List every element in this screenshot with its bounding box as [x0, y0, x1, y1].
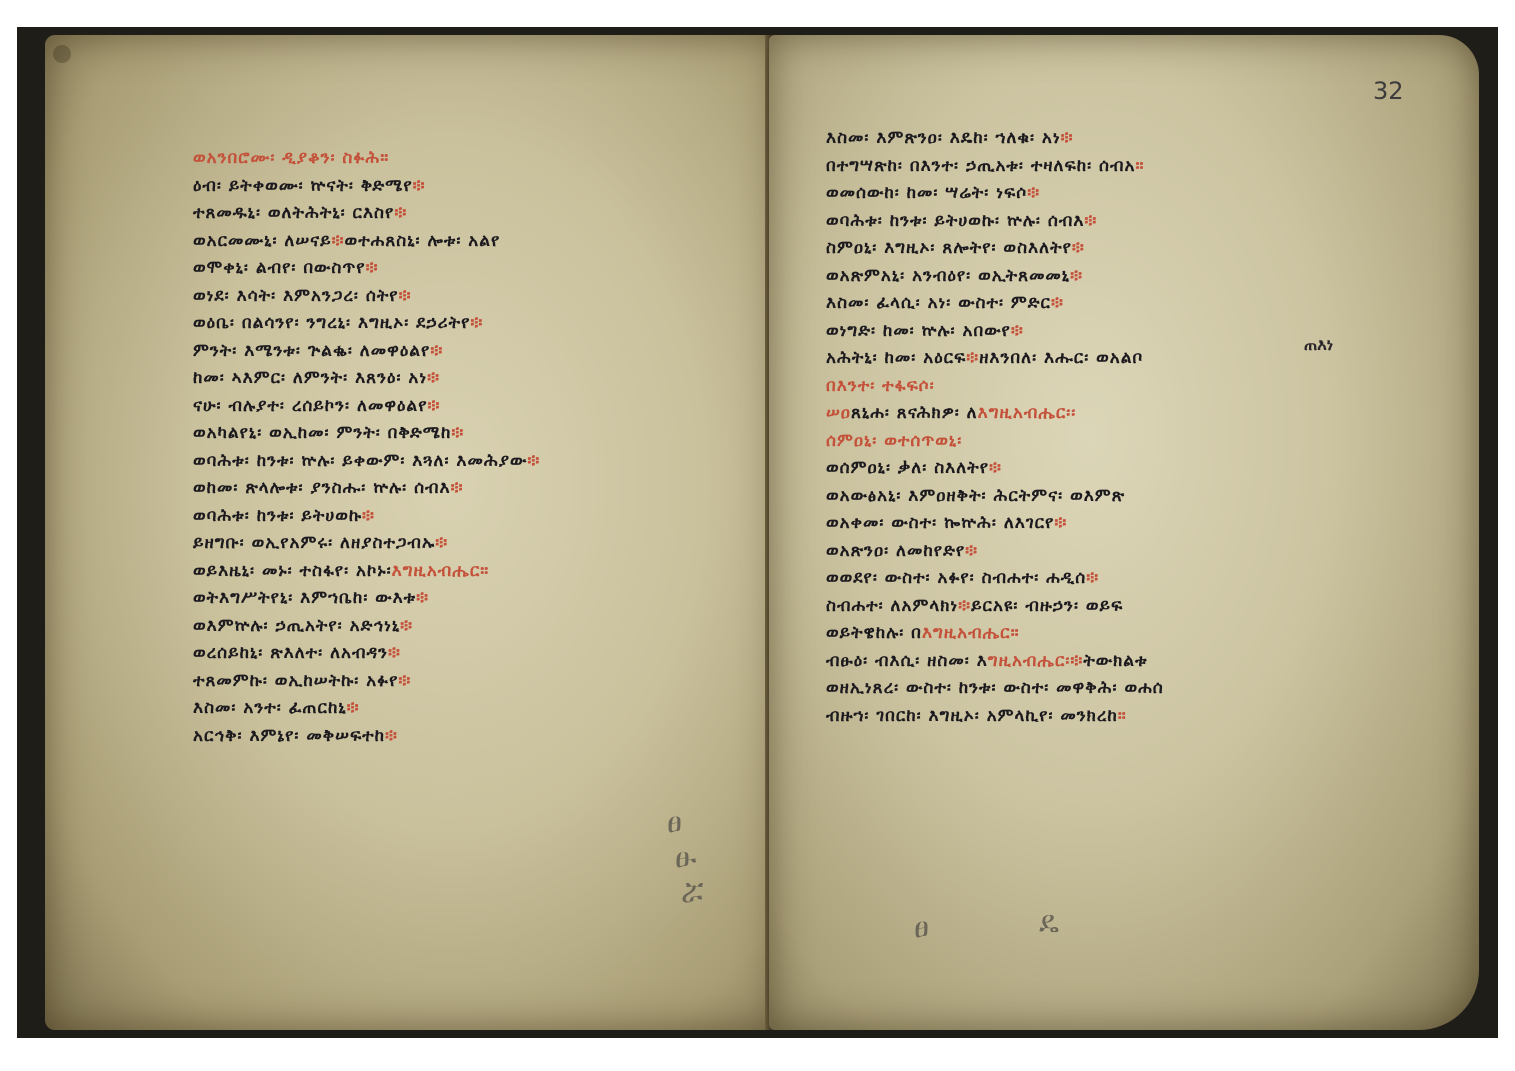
text-line: ይዘግቡ፡ ወኢየአምሩ፡ ለዘያስተጋብኡ፨ — [193, 530, 540, 558]
text-line: ወነደ፡ እሳት፡ እምአንጋረ፡ ሰትየ፨ — [193, 283, 540, 311]
punctuation-mark: ፨ — [470, 313, 483, 333]
line-text: ወረሰይከኒ፡ ጽእለተ፡ ለአብዳን — [193, 643, 388, 663]
line-text: እስመ፡ አንተ፡ ፈጠርከኒ — [193, 698, 347, 718]
punctuation-mark: ፨ — [527, 451, 540, 471]
rubric-text: ሠዐ — [826, 403, 851, 423]
rubric-text: እግዚአብሔር። — [922, 623, 1020, 643]
line-text: እስመ፡ እምጽንዐ፡ እዴከ፡ ኀለቁ፡ አነ — [826, 128, 1061, 148]
punctuation-mark: ፨ — [388, 643, 401, 663]
punctuation-mark: ። — [1136, 156, 1145, 176]
text-line: ወትእግሥትየኒ፡ እምኀቤከ፡ ውእቱ፨ — [193, 585, 540, 613]
line-text: ወሰምዐኒ፡ ቃለ፡ ስእለትየ — [826, 458, 989, 478]
text-line: ወአንበሮሙ፡ ዲያቆን፡ ስፉሕ። — [193, 145, 540, 173]
text-line: ናሁ፡ ብሉያተ፡ ረሰይኮን፡ ለመዋዕልየ፨ — [193, 393, 540, 421]
punctuation-mark: ፨ — [413, 176, 426, 196]
text-line: ወእምኵሉ፡ ኃጢአትየ፡ አድኅነኒ፨ — [193, 613, 540, 641]
punctuation-mark: ፨ — [398, 671, 411, 691]
text-line: ወሞቀኒ፡ ልብየ፡ በውስጥየ፨ — [193, 255, 540, 283]
punctuation-mark: ፨ — [362, 506, 375, 526]
line-text: እስመ፡ ፈላሲ፡ አነ፡ ውስተ፡ ምድር — [826, 293, 1051, 313]
line-text: ይርአዩ፡ ብዙኃን፡ ወይፍ — [971, 596, 1123, 616]
punctuation-mark: ፨ — [399, 286, 412, 306]
line-text: ወሞቀኒ፡ ልብየ፡ በውስጥየ — [193, 258, 366, 278]
pencil-mark: ዴ — [1039, 905, 1059, 940]
text-line: ተጸመምኩ፡ ወኢከሠትኩ፡ አፉየ፨ — [193, 668, 540, 696]
text-line: ወአቀመ፡ ውስተ፡ ኰኵሕ፡ ለእገርየ፨ — [826, 510, 1164, 538]
punctuation-mark: ፨ — [366, 258, 379, 278]
text-line: ወረሰይከኒ፡ ጽእለተ፡ ለአብዳን፨ — [193, 640, 540, 668]
text-line: እስመ፡ እምጽንዐ፡ እዴከ፡ ኀለቁ፡ አነ፨ — [826, 125, 1164, 153]
text-line: ምንት፡ እሜንቱ፡ ጕልቈ፡ ለመዋዕልየ፨ — [193, 338, 540, 366]
text-line: ወአውፅአኒ፡ እምዐዘቅት፡ ሕርትምና፡ ወእምጽ — [826, 483, 1164, 511]
line-text: ከመ፡ ኣእምር፡ ለምንት፡ እጸንዕ፡ አነ — [193, 368, 427, 388]
text-line: አርኅቅ፡ እምኔየ፡ መቅሠፍተከ፨ — [193, 723, 540, 751]
text-line: ወዘኢነጸረ፡ ውስተ፡ ከንቱ፡ ውስተ፡ መዋቅሕ፡ ወሐሰ — [826, 675, 1164, 703]
punctuation-mark: ፨ — [451, 478, 464, 498]
line-text: ወአጽንዐ፡ ለመከየድየ — [826, 541, 965, 561]
line-text: ወዘኢነጸረ፡ ውስተ፡ ከንቱ፡ ውስተ፡ መዋቅሕ፡ ወሐሰ — [826, 678, 1164, 698]
text-line: በእንተ፡ ተፋፍሶ፡ — [826, 373, 1164, 401]
line-text: ብፁዕ፡ ብእሲ፡ ዘስመ፡ እ — [826, 651, 988, 671]
rubric-text: እግዚአብሔር፡፡ — [978, 403, 1077, 423]
line-text: ወወደየ፡ ውስተ፡ አፉየ፡ ስብሐተ፡ ሐዲሰ — [826, 568, 1086, 588]
line-text: ወተሐጸስኒ፡ ሎቱ፡ አልየ — [345, 231, 501, 251]
text-line: ብዙኀ፡ ገበርከ፡ እግዚኦ፡ አምላኪየ፡ መንክረከ። — [826, 703, 1164, 731]
line-text: ወዕቤ፡ በልሳንየ፡ ንግረኒ፡ እግዚኦ፡ ደኃሪትየ — [193, 313, 470, 333]
text-line: ሰምዐኒ፡ ወተሰጥወኒ፡ — [826, 428, 1164, 456]
text-line: ወይእዜኒ፡ መኑ፡ ተስፋየ፡ አኮኑ፡እግዚአብሔር። — [193, 558, 540, 586]
line-text: ወይትዌከሉ፡ በ — [826, 623, 922, 643]
line-text: ምንት፡ እሜንቱ፡ ጕልቈ፡ ለመዋዕልየ — [193, 341, 430, 361]
line-text: ትውክልቱ — [1083, 651, 1147, 671]
ink-stain — [53, 45, 71, 63]
rubric-text: ግዚአብሔር፡ — [988, 651, 1071, 671]
text-line: ወነግድ፡ ከመ፡ ኵሉ፡ አበውየ፨ — [826, 318, 1164, 346]
line-text: ወትእግሥትየኒ፡ እምኀቤከ፡ ውእቱ — [193, 588, 416, 608]
punctuation-mark: ፨ — [1072, 238, 1085, 258]
pencil-mark: ፀ — [667, 805, 682, 840]
line-text: ዕብ፡ ይትቀወሙ፡ ኵናት፡ ቅድሜየ — [193, 176, 413, 196]
line-text: ጸኒሐ፡ ጸናሕክዎ፡ ለ — [851, 403, 978, 423]
text-line: ስብሐተ፡ ለአምላክነ፨ይርአዩ፡ ብዙኃን፡ ወይፍ — [826, 593, 1164, 621]
line-text: ወአውፅአኒ፡ እምዐዘቅት፡ ሕርትምና፡ ወእምጽ — [826, 486, 1125, 506]
punctuation-mark: ፨ — [347, 698, 360, 718]
punctuation-mark: ፨ — [1086, 568, 1099, 588]
punctuation-mark: ፨ — [427, 368, 440, 388]
text-line: ወሰምዐኒ፡ ቃለ፡ ስእለትየ፨ — [826, 455, 1164, 483]
text-line: እስመ፡ አንተ፡ ፈጠርከኒ፨ — [193, 695, 540, 723]
text-line: ወዕቤ፡ በልሳንየ፡ ንግረኒ፡ እግዚኦ፡ ደኃሪትየ፨ — [193, 310, 540, 338]
text-line: ወከመ፡ ጽላሎቱ፡ ያንስሑ፡ ኵሉ፡ ሰብእ፨ — [193, 475, 540, 503]
line-text: አርኅቅ፡ እምኔየ፡ መቅሠፍተከ — [193, 726, 385, 746]
line-text: ወባሕቱ፡ ከንቱ፡ ይትሀወኩ፡ ኵሉ፡ ሰብእ — [826, 211, 1084, 231]
punctuation-mark: ፨ — [965, 541, 978, 561]
line-text: ወከመ፡ ጽላሎቱ፡ ያንስሑ፡ ኵሉ፡ ሰብእ — [193, 478, 451, 498]
text-line: እስመ፡ ፈላሲ፡ አነ፡ ውስተ፡ ምድር፨ — [826, 290, 1164, 318]
line-text: ወመሰውከ፡ ከመ፡ ሣሬት፡ ነፍሶ — [826, 183, 1027, 203]
punctuation-mark: ፨ — [1061, 128, 1074, 148]
line-text: ወአቀመ፡ ውስተ፡ ኰኵሕ፡ ለእገርየ — [826, 513, 1054, 533]
line-text: ናሁ፡ ብሉያተ፡ ረሰይኮን፡ ለመዋዕልየ — [193, 396, 428, 416]
punctuation-mark: ፨ — [966, 348, 979, 368]
text-line: በተግሣጽከ፡ በእንተ፡ ኃጢአቱ፡ ተዛለፍከ፡ ሰብአ። — [826, 153, 1164, 181]
punctuation-mark: ፨ — [385, 726, 398, 746]
text-line: ሠዐጸኒሐ፡ ጸናሕክዎ፡ ለእግዚአብሔር፡፡ — [826, 400, 1164, 428]
text-line: ወወደየ፡ ውስተ፡ አፉየ፡ ስብሐተ፡ ሐዲሰ፨ — [826, 565, 1164, 593]
line-text: ወአጽምአኒ፡ አንብዕየ፡ ወኢትጸመመኒ — [826, 266, 1070, 286]
line-text: ዘእንበለ፡ እሑር፡ ወአልቦ — [979, 348, 1143, 368]
line-text: ተጸመምኩ፡ ወኢከሠትኩ፡ አፉየ — [193, 671, 398, 691]
line-text: ወአርመሙኒ፡ ለሠናይ — [193, 231, 332, 251]
text-line: ወባሕቱ፡ ከንቱ፡ ይትሀወኩ፨ — [193, 503, 540, 531]
punctuation-mark: ፨ — [1054, 513, 1067, 533]
text-line: ከመ፡ ኣእምር፡ ለምንት፡ እጸንዕ፡ አነ፨ — [193, 365, 540, 393]
line-text: ብዙኀ፡ ገበርከ፡ እግዚኦ፡ አምላኪየ፡ መንክረከ — [826, 706, 1118, 726]
rubric-text: በእንተ፡ ተፋፍሶ፡ — [826, 376, 935, 396]
right-page-text: እስመ፡ እምጽንዐ፡ እዴከ፡ ኀለቁ፡ አነ፨በተግሣጽከ፡ በእንተ፡ ኃ… — [826, 125, 1164, 730]
text-line: ዕብ፡ ይትቀወሙ፡ ኵናት፡ ቅድሜየ፨ — [193, 173, 540, 201]
line-text: ወባሕቱ፡ ከንቱ፡ ኵሉ፡ ይቀውም፡ እጓለ፡ እመሕያው — [193, 451, 527, 471]
line-text: ወነደ፡ እሳት፡ እምአንጋረ፡ ሰትየ — [193, 286, 399, 306]
punctuation-mark: ፨ — [332, 231, 345, 251]
line-text: ስምዐኒ፡ እግዚኦ፡ ጸሎትየ፡ ወስእለትየ — [826, 238, 1072, 258]
rubric-text: ሰምዐኒ፡ ወተሰጥወኒ፡ — [826, 431, 962, 451]
punctuation-mark: ፨ — [435, 533, 448, 553]
text-line: አሕትኒ፡ ከመ፡ አዕርፍ፨ዘእንበለ፡ እሑር፡ ወአልቦ — [826, 345, 1164, 373]
line-text: ወነግድ፡ ከመ፡ ኵሉ፡ አበውየ — [826, 321, 1011, 341]
punctuation-mark: ፨ — [430, 341, 443, 361]
punctuation-mark: ፨ — [1051, 293, 1064, 313]
punctuation-mark: ። — [1118, 706, 1127, 726]
punctuation-mark: ፨ — [1027, 183, 1040, 203]
text-line: ብፁዕ፡ ብእሲ፡ ዘስመ፡ እግዚአብሔር፡፨ትውክልቱ — [826, 648, 1164, 676]
text-line: ወባሕቱ፡ ከንቱ፡ ኵሉ፡ ይቀውም፡ እጓለ፡ እመሕያው፨ — [193, 448, 540, 476]
margin-note: ጠእነ — [1304, 335, 1333, 355]
text-line: ወይትዌከሉ፡ በእግዚአብሔር። — [826, 620, 1164, 648]
punctuation-mark: ፨ — [451, 423, 464, 443]
line-text: በተግሣጽከ፡ በእንተ፡ ኃጢአቱ፡ ተዛለፍከ፡ ሰብአ — [826, 156, 1136, 176]
line-text: ስብሐተ፡ ለአምላክነ — [826, 596, 958, 616]
left-page-text: ወአንበሮሙ፡ ዲያቆን፡ ስፉሕ።ዕብ፡ ይትቀወሙ፡ ኵናት፡ ቅድሜየ፨ተ… — [193, 145, 540, 750]
right-page: 32 እስመ፡ እምጽንዐ፡ እዴከ፡ ኀለቁ፡ አነ፨በተግሣጽከ፡ በእንተ… — [769, 35, 1479, 1030]
text-line: ወባሕቱ፡ ከንቱ፡ ይትሀወኩ፡ ኵሉ፡ ሰብእ፨ — [826, 208, 1164, 236]
line-text: ተጸመዱኒ፡ ወለትሕትኒ፡ ርእስየ — [193, 203, 394, 223]
punctuation-mark: ፨ — [416, 588, 429, 608]
text-line: ስምዐኒ፡ እግዚኦ፡ ጸሎትየ፡ ወስእለትየ፨ — [826, 235, 1164, 263]
punctuation-mark: ፨ — [394, 203, 407, 223]
text-line: ወአጽምአኒ፡ አንብዕየ፡ ወኢትጸመመኒ፨ — [826, 263, 1164, 291]
punctuation-mark: ፨ — [1070, 266, 1083, 286]
pencil-mark: ፀ — [914, 910, 929, 945]
pencil-mark: ሯ — [681, 875, 703, 910]
rubric-text: እግዚአብሔር። — [392, 561, 490, 581]
text-line: ተጸመዱኒ፡ ወለትሕትኒ፡ ርእስየ፨ — [193, 200, 540, 228]
line-text: ወእምኵሉ፡ ኃጢአትየ፡ አድኅነኒ — [193, 616, 400, 636]
left-page: ወአንበሮሙ፡ ዲያቆን፡ ስፉሕ።ዕብ፡ ይትቀወሙ፡ ኵናት፡ ቅድሜየ፨ተ… — [45, 35, 780, 1030]
line-text: ወይእዜኒ፡ መኑ፡ ተስፋየ፡ አኮኑ፡ — [193, 561, 392, 581]
text-line: ወአካልየኒ፡ ወኢከመ፡ ምንት፡ በቅድሜከ፨ — [193, 420, 540, 448]
manuscript-photo: ወአንበሮሙ፡ ዲያቆን፡ ስፉሕ።ዕብ፡ ይትቀወሙ፡ ኵናት፡ ቅድሜየ፨ተ… — [17, 27, 1498, 1038]
line-text: ይዘግቡ፡ ወኢየአምሩ፡ ለዘያስተጋብኡ — [193, 533, 435, 553]
page-number: 32 — [1373, 77, 1404, 105]
line-text: ወአካልየኒ፡ ወኢከመ፡ ምንት፡ በቅድሜከ — [193, 423, 451, 443]
punctuation-mark: ፨ — [400, 616, 413, 636]
punctuation-mark: ፨ — [1084, 211, 1097, 231]
punctuation-mark: ፨ — [1011, 321, 1024, 341]
punctuation-mark: ፨ — [1070, 651, 1083, 671]
punctuation-mark: ፨ — [428, 396, 441, 416]
text-line: ወአርመሙኒ፡ ለሠናይ፨ወተሐጸስኒ፡ ሎቱ፡ አልየ — [193, 228, 540, 256]
line-text: አሕትኒ፡ ከመ፡ አዕርፍ — [826, 348, 966, 368]
text-line: ወመሰውከ፡ ከመ፡ ሣሬት፡ ነፍሶ፨ — [826, 180, 1164, 208]
punctuation-mark: ፨ — [989, 458, 1002, 478]
pencil-mark: ፁ — [675, 840, 697, 875]
punctuation-mark: ፨ — [958, 596, 971, 616]
rubric-text: ወአንበሮሙ፡ ዲያቆን፡ ስፉሕ። — [193, 148, 389, 168]
line-text: ወባሕቱ፡ ከንቱ፡ ይትሀወኩ — [193, 506, 362, 526]
text-line: ወአጽንዐ፡ ለመከየድየ፨ — [826, 538, 1164, 566]
